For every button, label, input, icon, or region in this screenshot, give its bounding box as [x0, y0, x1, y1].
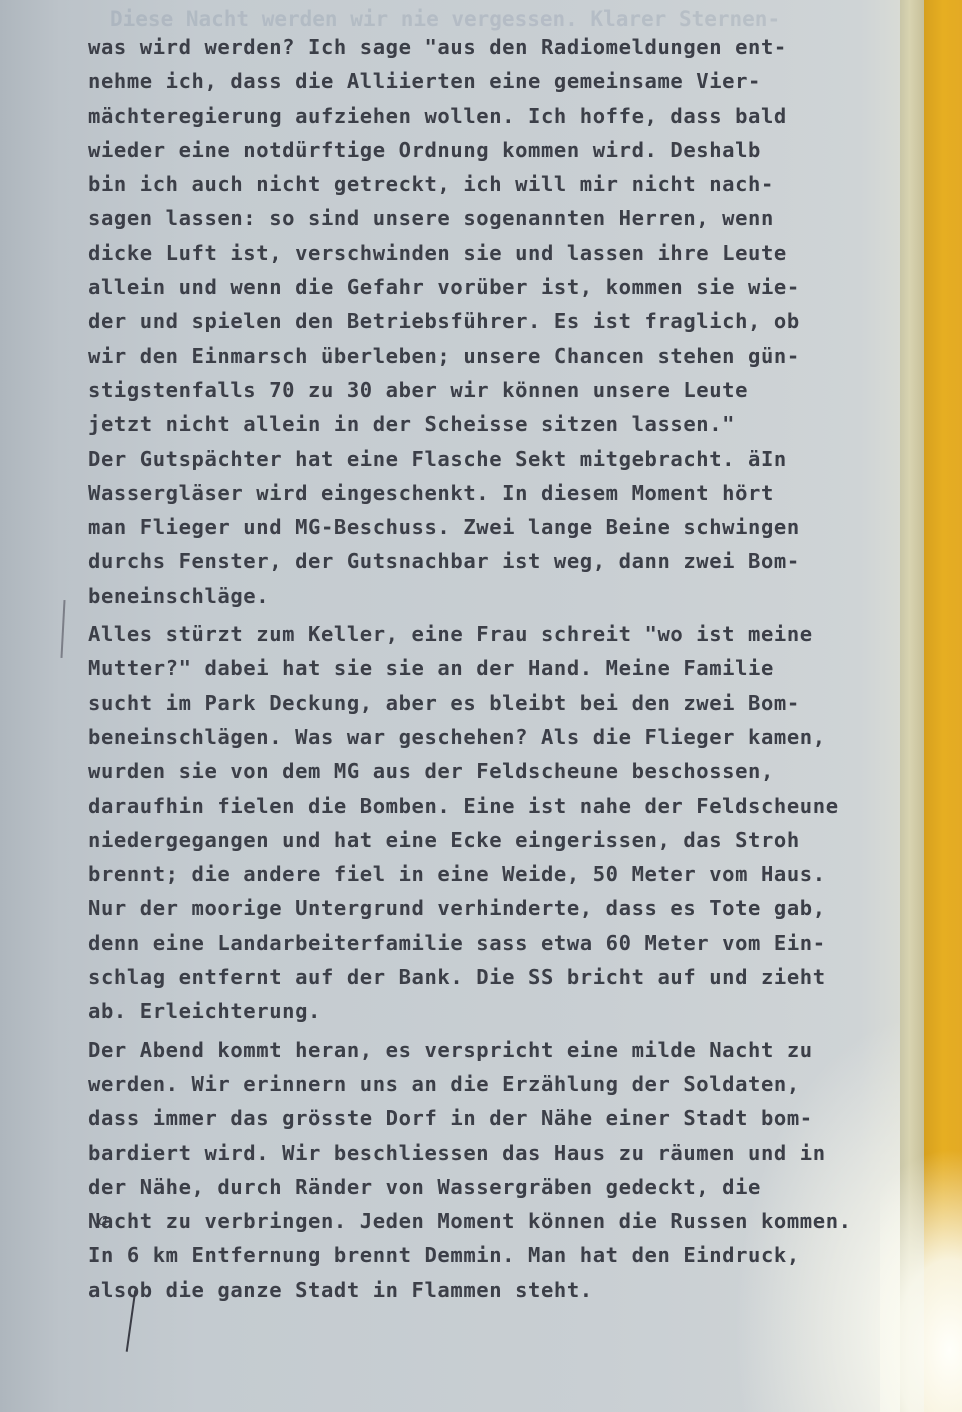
light-glare [880, 1150, 962, 1412]
margin-pencil-mark [60, 600, 65, 658]
text-line: werden. Wir erinnern uns an die Erzählun… [88, 1067, 918, 1101]
text-line: mächteregierung aufziehen wollen. Ich ho… [88, 99, 918, 133]
document-page: Diese Nacht werden wir nie vergessen. Kl… [0, 0, 900, 1412]
text-line: der und spielen den Betriebsführer. Es i… [88, 304, 918, 338]
text-line: daraufhin fielen die Bomben. Eine ist na… [88, 789, 918, 823]
text-line: beneinschläge. [88, 579, 918, 613]
text-line: bin ich auch nicht getreckt, ich will mi… [88, 167, 918, 201]
text-line: brennt; die andere fiel in eine Weide, 5… [88, 857, 918, 891]
typewritten-body: was wird werden? Ich sage "aus den Radio… [88, 30, 918, 1307]
text-line: beneinschlägen. Was war geschehen? Als d… [88, 720, 918, 754]
text-line: Mutter?" dabei hat sie sie an der Hand. … [88, 651, 918, 685]
text-line: wir den Einmarsch überleben; unsere Chan… [88, 339, 918, 373]
text-line: allein und wenn die Gefahr vorüber ist, … [88, 270, 918, 304]
text-line: bardiert wird. Wir beschliessen das Haus… [88, 1136, 918, 1170]
text-line: Wassergläser wird eingeschenkt. In diese… [88, 476, 918, 510]
text-line: sagen lassen: so sind unsere sogenannten… [88, 201, 918, 235]
text-line: denn eine Landarbeiterfamilie sass etwa … [88, 926, 918, 960]
text-line: schlag entfernt auf der Bank. Die SS bri… [88, 960, 918, 994]
handwritten-correction: a [98, 1210, 108, 1230]
text-line: der Nähe, durch Ränder von Wassergräben … [88, 1170, 918, 1204]
text-line: wurden sie von dem MG aus der Feldscheun… [88, 754, 918, 788]
text-line: dicke Luft ist, verschwinden sie und las… [88, 236, 918, 270]
text-line: Nacht zu verbringen. Jeden Moment können… [88, 1204, 918, 1238]
text-line: Der Gutspächter hat eine Flasche Sekt mi… [88, 442, 918, 476]
text-line: durchs Fenster, der Gutsnachbar ist weg,… [88, 544, 918, 578]
text-line: stigstenfalls 70 zu 30 aber wir können u… [88, 373, 918, 407]
text-line: jetzt nicht allein in der Scheisse sitze… [88, 407, 918, 441]
text-line: ab. Erleichterung. [88, 994, 918, 1028]
text-line: wieder eine notdürftige Ordnung kommen w… [88, 133, 918, 167]
text-line: nehme ich, dass die Alliierten eine geme… [88, 64, 918, 98]
text-line: niedergegangen und hat eine Ecke eingeri… [88, 823, 918, 857]
text-line: man Flieger und MG-Beschuss. Zwei lange … [88, 510, 918, 544]
text-line: Nur der moorige Untergrund verhinderte, … [88, 891, 918, 925]
text-line: In 6 km Entfernung brennt Demmin. Man ha… [88, 1238, 918, 1272]
text-line: was wird werden? Ich sage "aus den Radio… [88, 30, 918, 64]
text-line: dass immer das grösste Dorf in der Nähe … [88, 1101, 918, 1135]
text-line: Der Abend kommt heran, es verspricht ein… [88, 1033, 918, 1067]
text-line: alsob die ganze Stadt in Flammen steht. [88, 1273, 918, 1307]
text-line: sucht im Park Deckung, aber es bleibt be… [88, 686, 918, 720]
text-line: Alles stürzt zum Keller, eine Frau schre… [88, 617, 918, 651]
